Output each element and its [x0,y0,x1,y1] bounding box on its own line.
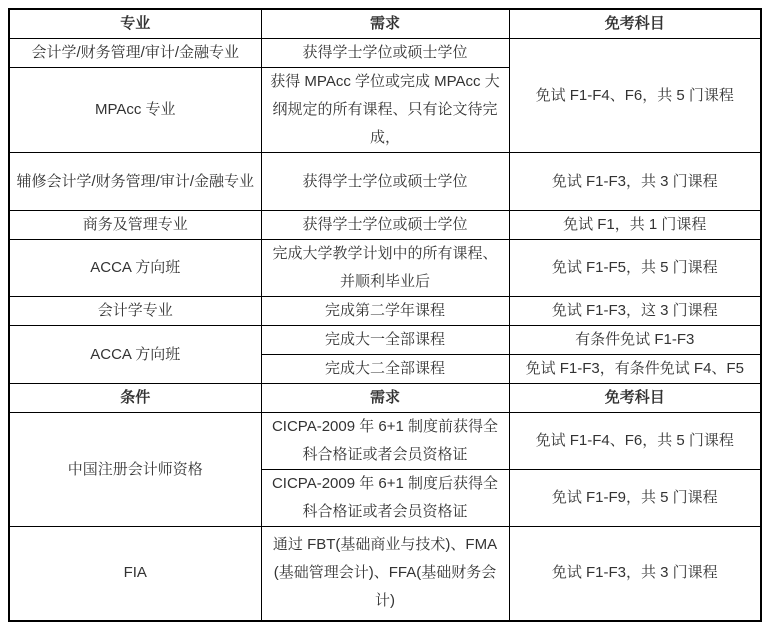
major-cell: ACCA 方向班 [9,240,261,297]
table-row: 会计学专业 完成第二学年课程 免试 F1-F3，这 3 门课程 [9,297,761,326]
requirement-cell: 完成大一全部课程 [261,326,509,355]
requirement-cell: 完成大学教学计划中的所有课程、并顺利毕业后 [261,240,509,297]
major-cell: 商务及管理专业 [9,211,261,240]
exemption-cell: 免试 F1，共 1 门课程 [509,211,761,240]
table-row: 中国注册会计师资格 CICPA-2009 年 6+1 制度前获得全科合格证或者会… [9,413,761,470]
exemption-cell: 免试 F1-F5，共 5 门课程 [509,240,761,297]
page: { "table": { "colors": { "border": "#000… [0,0,772,630]
header-exemption: 免考科目 [509,9,761,39]
condition-cell: FIA [9,527,261,621]
exemption-cell: 有条件免试 F1-F3 [509,326,761,355]
table-row: FIA 通过 FBT(基础商业与技术)、FMA(基础管理会计)、FFA(基础财务… [9,527,761,621]
requirement-cell: 通过 FBT(基础商业与技术)、FMA(基础管理会计)、FFA(基础财务会计) [261,527,509,621]
exemption-cell: 免试 F1-F4、F6，共 5 门课程 [509,39,761,153]
requirement-cell: 获得学士学位或硕士学位 [261,211,509,240]
table-header-row: 条件 需求 免考科目 [9,384,761,413]
exemption-cell: 免试 F1-F4、F6，共 5 门课程 [509,413,761,470]
requirement-cell: 获得 MPAcc 学位或完成 MPAcc 大纲规定的所有课程、只有论文待完成， [261,68,509,153]
table-row: ACCA 方向班 完成大学教学计划中的所有课程、并顺利毕业后 免试 F1-F5，… [9,240,761,297]
requirement-cell: CICPA-2009 年 6+1 制度后获得全科合格证或者会员资格证 [261,470,509,527]
requirement-cell: 完成第二学年课程 [261,297,509,326]
requirement-cell: 获得学士学位或硕士学位 [261,39,509,68]
major-cell: 会计学/财务管理/审计/金融专业 [9,39,261,68]
exemption-cell: 免试 F1-F3，共 3 门课程 [509,153,761,211]
exemption-cell: 免试 F1-F9，共 5 门课程 [509,470,761,527]
header-major: 专业 [9,9,261,39]
header-requirement: 需求 [261,9,509,39]
header-condition: 条件 [9,384,261,413]
exemption-cell: 免试 F1-F3，这 3 门课程 [509,297,761,326]
header-requirement: 需求 [261,384,509,413]
major-cell: ACCA 方向班 [9,326,261,384]
table-row: 会计学/财务管理/审计/金融专业 获得学士学位或硕士学位 免试 F1-F4、F6… [9,39,761,68]
acca-exemption-table: 专业 需求 免考科目 会计学/财务管理/审计/金融专业 获得学士学位或硕士学位 … [8,8,762,622]
requirement-cell: CICPA-2009 年 6+1 制度前获得全科合格证或者会员资格证 [261,413,509,470]
header-exemption: 免考科目 [509,384,761,413]
requirement-cell: 完成大二全部课程 [261,355,509,384]
requirement-cell: 获得学士学位或硕士学位 [261,153,509,211]
exemption-cell: 免试 F1-F3，有条件免试 F4、F5 [509,355,761,384]
condition-cell: 中国注册会计师资格 [9,413,261,527]
table-row: 商务及管理专业 获得学士学位或硕士学位 免试 F1，共 1 门课程 [9,211,761,240]
major-cell: 辅修会计学/财务管理/审计/金融专业 [9,153,261,211]
exemption-cell: 免试 F1-F3，共 3 门课程 [509,527,761,621]
table-row: ACCA 方向班 完成大一全部课程 有条件免试 F1-F3 [9,326,761,355]
major-cell: 会计学专业 [9,297,261,326]
major-cell: MPAcc 专业 [9,68,261,153]
table-header-row: 专业 需求 免考科目 [9,9,761,39]
table-row: 辅修会计学/财务管理/审计/金融专业 获得学士学位或硕士学位 免试 F1-F3，… [9,153,761,211]
